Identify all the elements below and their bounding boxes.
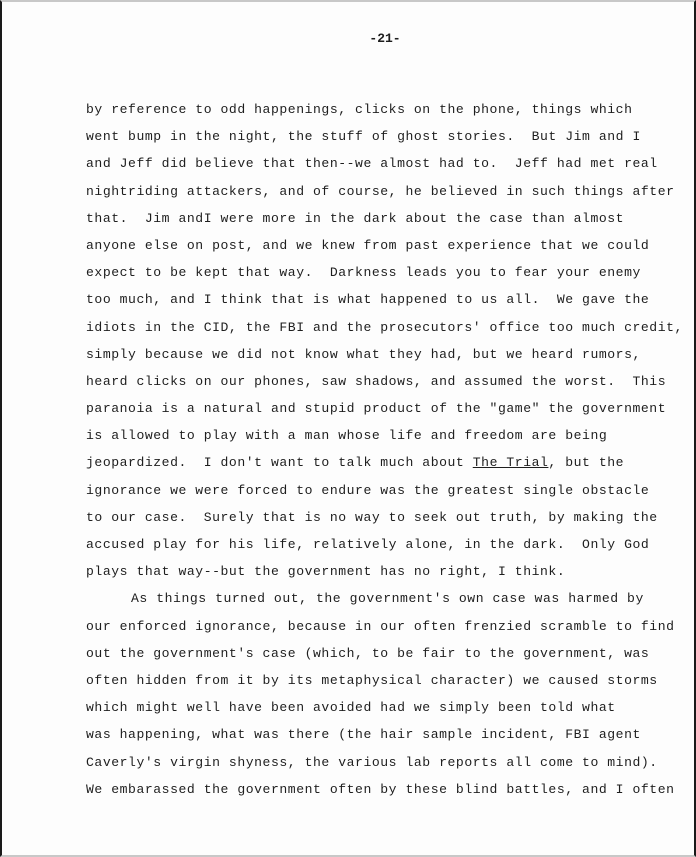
text-segment: anyone else on post, and we knew from pa… [86,238,649,253]
text-segment: to our case. Surely that is no way to se… [86,510,658,525]
text-segment: We embarassed the government often by th… [86,782,675,797]
text-segment: paranoia is a natural and stupid product… [86,401,666,416]
text-line: is allowed to play with a man whose life… [86,422,686,449]
text-line: Caverly's virgin shyness, the various la… [86,749,686,776]
text-line: which might well have been avoided had w… [86,694,686,721]
text-line: jeopardized. I don't want to talk much a… [86,449,686,476]
text-line: idiots in the CID, the FBI and the prose… [86,314,686,341]
text-segment: our enforced ignorance, because in our o… [86,619,675,634]
text-segment: often hidden from it by its metaphysical… [86,673,658,688]
text-segment: was happening, what was there (the hair … [86,727,641,742]
text-line: heard clicks on our phones, saw shadows,… [86,368,686,395]
text-segment: , but the [548,455,624,470]
text-segment: went bump in the night, the stuff of gho… [86,129,641,144]
text-line: accused play for his life, relatively al… [86,531,686,558]
text-segment: plays that way--but the government has n… [86,564,565,579]
text-segment: As things turned out, the government's o… [131,591,644,606]
text-line: that. Jim andI were more in the dark abo… [86,205,686,232]
text-segment: and Jeff did believe that then--we almos… [86,156,658,171]
text-line: and Jeff did believe that then--we almos… [86,150,686,177]
text-line: nightriding attackers, and of course, he… [86,178,686,205]
page-number: -21- [2,31,694,46]
text-line: plays that way--but the government has n… [86,558,686,585]
text-segment: that. Jim andI were more in the dark abo… [86,211,624,226]
body-text: by reference to odd happenings, clicks o… [86,96,686,803]
text-segment: ignorance we were forced to endure was t… [86,483,649,498]
text-line: went bump in the night, the stuff of gho… [86,123,686,150]
underlined-title: The Trial [473,455,549,470]
text-line: We embarassed the government often by th… [86,776,686,803]
document-page: -21- by reference to odd happenings, cli… [0,0,696,857]
text-line: out the government's case (which, to be … [86,640,686,667]
text-segment: idiots in the CID, the FBI and the prose… [86,320,683,335]
text-segment: heard clicks on our phones, saw shadows,… [86,374,666,389]
text-line: was happening, what was there (the hair … [86,721,686,748]
text-segment: out the government's case (which, to be … [86,646,649,661]
text-line: by reference to odd happenings, clicks o… [86,96,686,123]
text-segment: which might well have been avoided had w… [86,700,616,715]
text-line: ignorance we were forced to endure was t… [86,477,686,504]
text-line: to our case. Surely that is no way to se… [86,504,686,531]
text-segment: accused play for his life, relatively al… [86,537,649,552]
text-segment: is allowed to play with a man whose life… [86,428,607,443]
text-segment: expect to be kept that way. Darkness lea… [86,265,641,280]
text-segment: simply because we did not know what they… [86,347,641,362]
text-line: paranoia is a natural and stupid product… [86,395,686,422]
text-line: anyone else on post, and we knew from pa… [86,232,686,259]
text-line: As things turned out, the government's o… [86,585,686,612]
text-segment: nightriding attackers, and of course, he… [86,184,675,199]
text-line: simply because we did not know what they… [86,341,686,368]
text-line: too much, and I think that is what happe… [86,286,686,313]
text-line: often hidden from it by its metaphysical… [86,667,686,694]
text-line: our enforced ignorance, because in our o… [86,613,686,640]
text-segment: too much, and I think that is what happe… [86,292,649,307]
text-segment: Caverly's virgin shyness, the various la… [86,755,658,770]
text-segment: by reference to odd happenings, clicks o… [86,102,633,117]
text-line: expect to be kept that way. Darkness lea… [86,259,686,286]
text-segment: jeopardized. I don't want to talk much a… [86,455,473,470]
